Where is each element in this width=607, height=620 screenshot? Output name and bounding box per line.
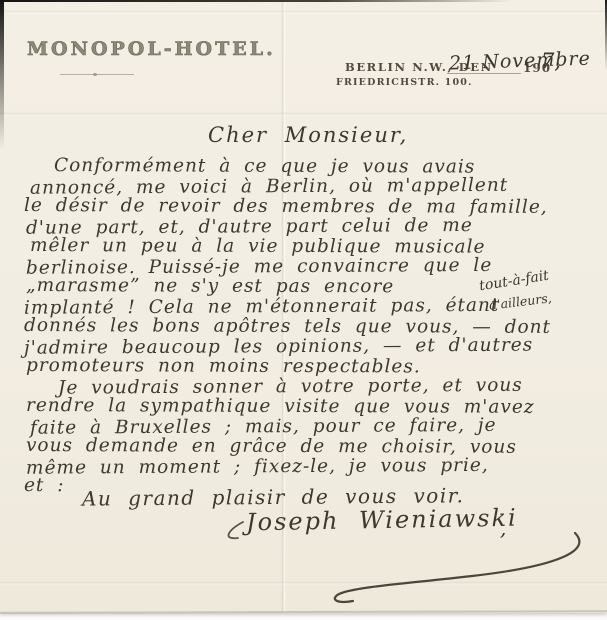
- scan-edge-top: [0, 0, 540, 2]
- letter-line: rendre la sympathique visite que vous m'…: [26, 396, 590, 418]
- letter-scan: MONOPOL-HOTEL. BERLIN N.W., DEN 190 FRIE…: [0, 0, 607, 620]
- scan-edge-left: [0, 0, 4, 150]
- letterhead-hotel-name: MONOPOL-HOTEL.: [27, 38, 276, 60]
- signature: Joseph Wieniawski: [246, 504, 518, 537]
- paper-bottom-edge: [0, 610, 607, 614]
- letter-line: mêler un peu à la vie publique musicale: [30, 236, 590, 258]
- letter-line: Conformément à ce que je vous avais: [54, 156, 590, 178]
- letterhead-ornament-rule: [60, 74, 134, 75]
- letter-line: le désir de revoir des membres de ma fam…: [24, 196, 590, 218]
- salutation: Cher Monsieur,: [208, 123, 408, 147]
- letter-line: vous demande en grâce de me choisir, vou…: [26, 436, 590, 458]
- horizontal-fold-crease: [0, 112, 607, 116]
- horizontal-crease-bottom: [0, 581, 607, 585]
- letterhead-street-line: FRIEDRICHSTR. 100.: [336, 77, 473, 88]
- signature-comma: ,: [500, 516, 506, 540]
- horizontal-crease-top: [0, 10, 607, 14]
- letter-body: Conformément à ce que je vous avais anno…: [24, 157, 590, 497]
- letter-line: même un moment ; fixez-le, je vous prie,: [26, 455, 590, 478]
- handwritten-year-digit: 7,: [541, 49, 561, 73]
